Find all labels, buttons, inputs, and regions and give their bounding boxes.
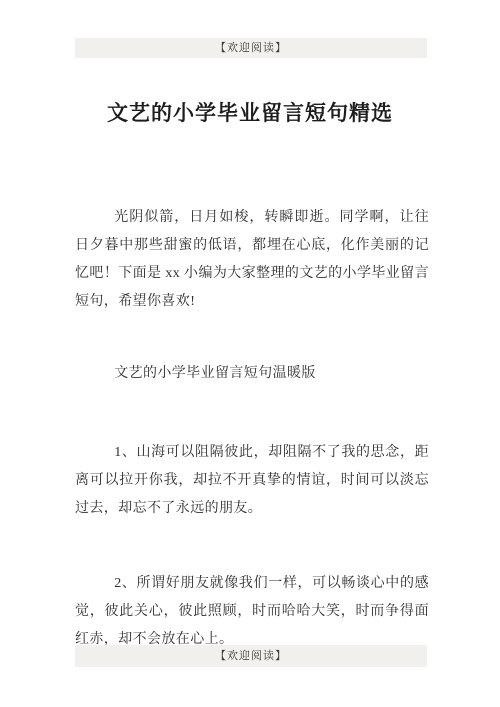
header-banner: 【欢迎阅读】 bbox=[75, 38, 427, 58]
list-item-2: 2、所谓好朋友就像我们一样，可以畅谈心中的感觉，彼此关心，彼此照顾，时而哈哈大笑… bbox=[75, 570, 429, 654]
page-title: 文艺的小学毕业留言短句精选 bbox=[0, 98, 500, 128]
intro-paragraph: 光阴似箭，日月如梭，转瞬即逝。同学啊，让往日夕暮中那些甜蜜的低语，都埋在心底，化… bbox=[75, 204, 429, 316]
document-page: 【欢迎阅读】 文艺的小学毕业留言短句精选 光阴似箭，日月如梭，转瞬即逝。同学啊，… bbox=[0, 0, 500, 707]
list-item-1: 1、山海可以阻隔彼此，却阻隔不了我的思念，距离可以拉开你我，却拉不开真挚的情谊，… bbox=[75, 439, 429, 523]
footer-banner: 【欢迎阅读】 bbox=[75, 645, 427, 667]
section-heading: 文艺的小学毕业留言短句温暖版 bbox=[75, 360, 429, 388]
